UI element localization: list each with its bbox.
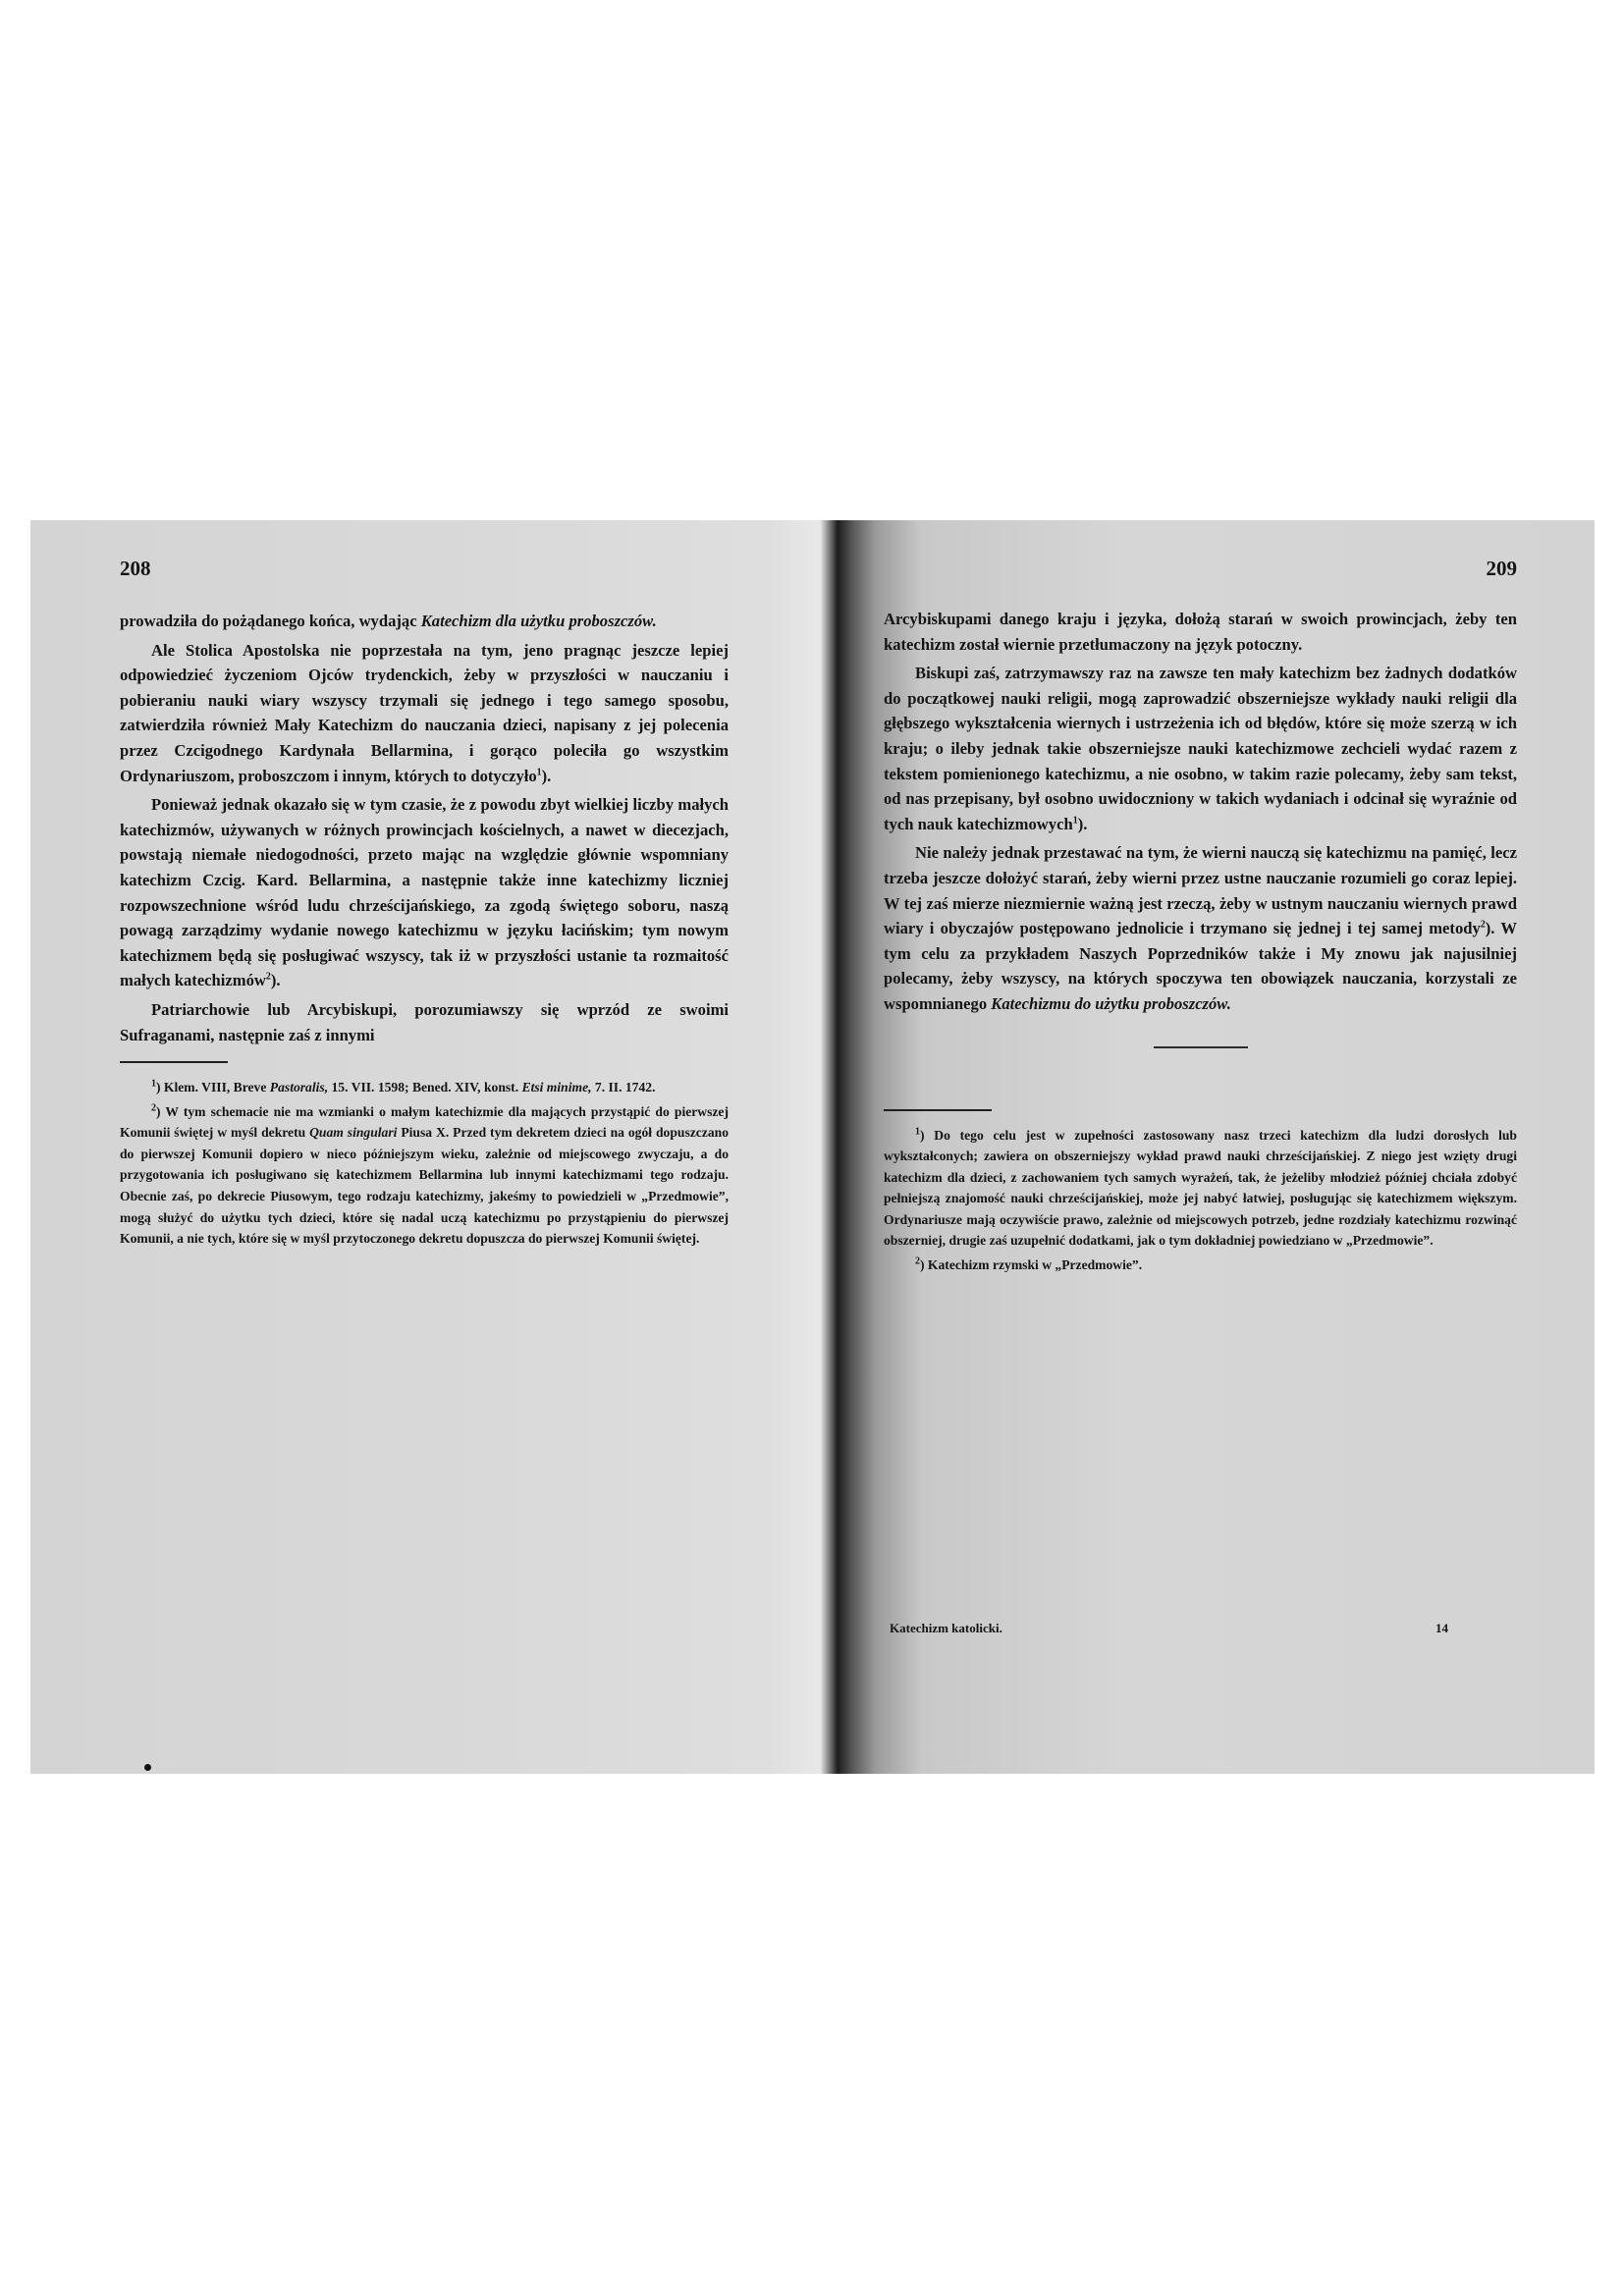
left-footnotes: 1) Klem. VIII, Breve Pastoralis, 15. VII… bbox=[120, 1077, 729, 1250]
paragraph: prowadziła do pożądanego końca, wydając … bbox=[120, 609, 729, 634]
right-page-body: Arcybiskupami danego kraju i języka, doł… bbox=[884, 607, 1517, 1279]
paragraph: Ponieważ jednak okazało się w tym czasie… bbox=[120, 792, 729, 993]
left-main-text: prowadziła do pożądanego końca, wydając … bbox=[120, 609, 729, 1047]
paragraph: 1) Klem. VIII, Breve Pastoralis, 15. VII… bbox=[120, 1077, 729, 1098]
footnote-separator bbox=[120, 1061, 228, 1063]
signature-line: Katechizm katolicki. 14 bbox=[884, 1621, 1517, 1636]
footnote-separator bbox=[884, 1109, 992, 1111]
paragraph: Ale Stolica Apostolska nie poprzestała n… bbox=[120, 638, 729, 789]
right-main-text: Arcybiskupami danego kraju i języka, doł… bbox=[884, 607, 1517, 1017]
right-page: 209 Arcybiskupami danego kraju i języka,… bbox=[884, 520, 1517, 1774]
paragraph: Biskupi zaś, zatrzymawszy raz na zawsze … bbox=[884, 661, 1517, 836]
paragraph: Patriarchowie lub Arcybiskupi, porozumia… bbox=[120, 997, 729, 1047]
paragraph: 1) Do tego celu jest w zupełności zastos… bbox=[884, 1125, 1517, 1253]
right-footnotes: 1) Do tego celu jest w zupełności zastos… bbox=[884, 1125, 1517, 1276]
paragraph: 2) W tym schemacie nie ma wzmianki o mał… bbox=[120, 1101, 729, 1250]
left-page-body: prowadziła do pożądanego końca, wydając … bbox=[120, 609, 729, 1253]
signature-title: Katechizm katolicki. bbox=[890, 1621, 1002, 1636]
left-page: 208 prowadziła do pożądanego końca, wyda… bbox=[120, 520, 729, 1774]
paragraph: Arcybiskupami danego kraju i języka, doł… bbox=[884, 607, 1517, 657]
page-number: 209 bbox=[1487, 557, 1518, 581]
scan-speck bbox=[144, 1764, 151, 1771]
paragraph: Nie należy jednak przestawać na tym, że … bbox=[884, 840, 1517, 1016]
book-scan: 208 prowadziła do pożądanego końca, wyda… bbox=[30, 520, 1595, 1774]
section-end-rule bbox=[1154, 1046, 1248, 1048]
paragraph: 2) Katechizm rzymski w „Przedmowie”. bbox=[884, 1255, 1517, 1276]
sheet-number: 14 bbox=[1435, 1621, 1448, 1636]
page-number: 208 bbox=[120, 557, 151, 581]
